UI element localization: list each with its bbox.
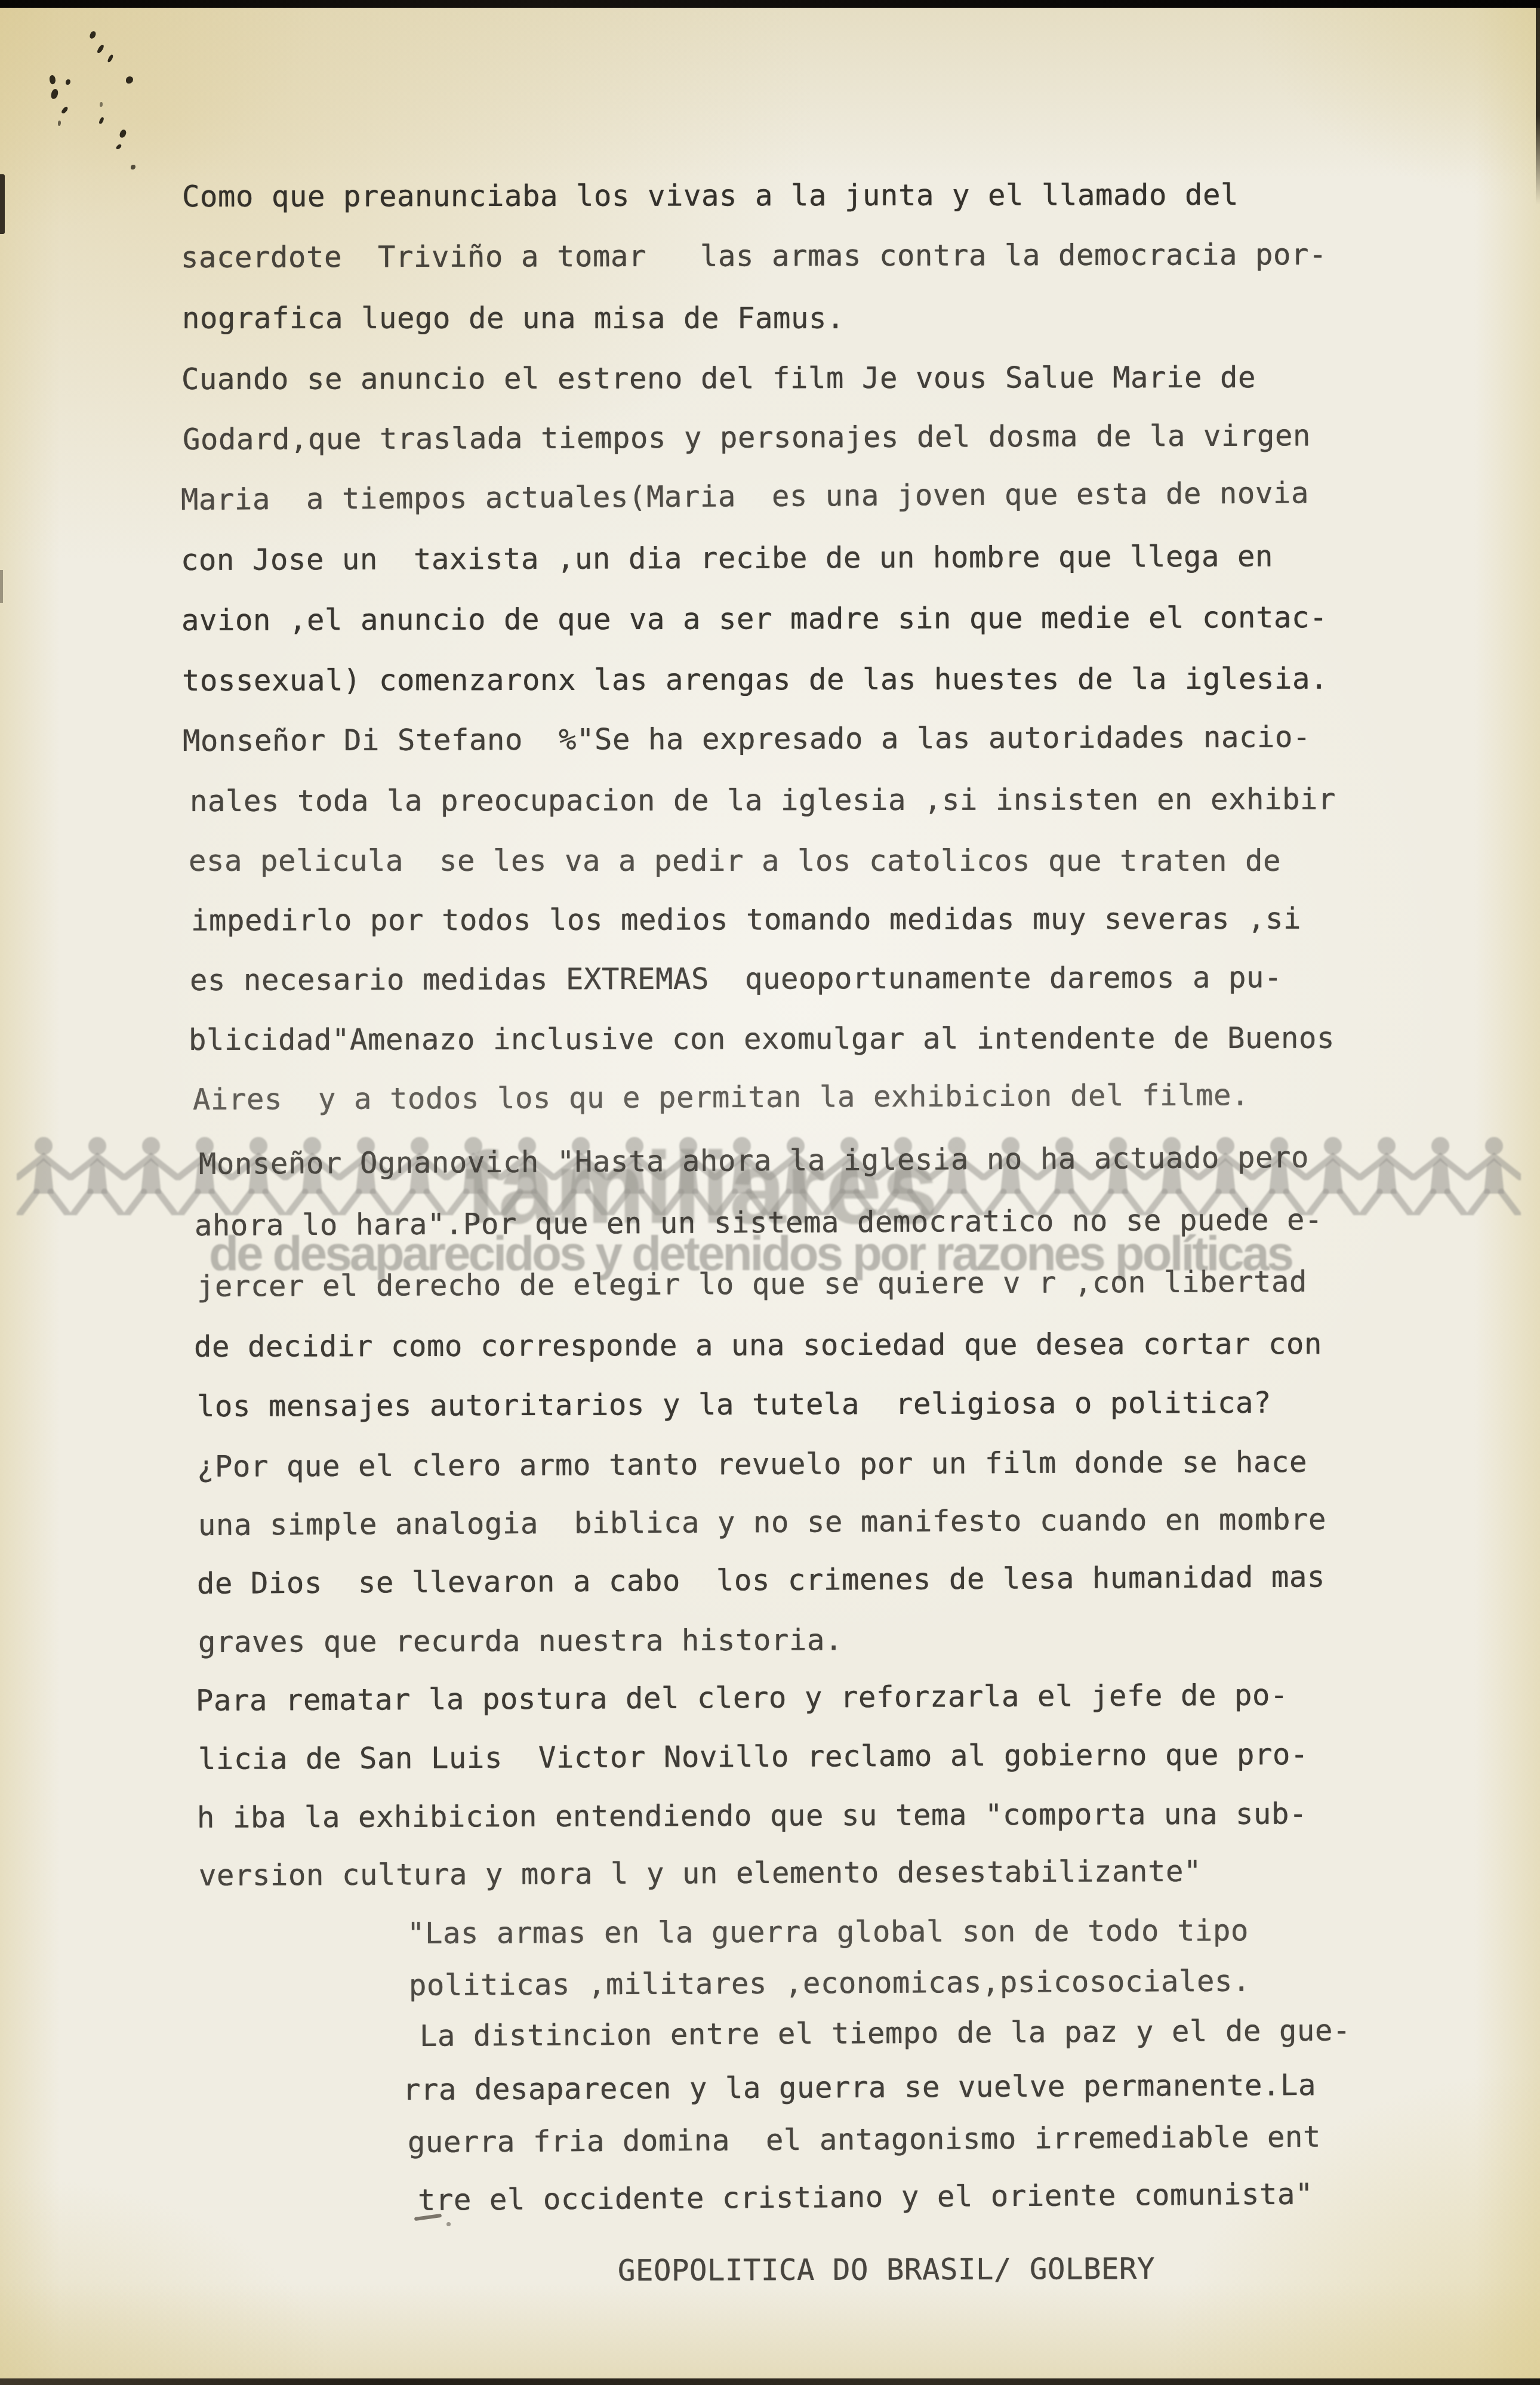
typed-line: con Jose un taxista ,un dia recibe de un… — [181, 542, 1273, 575]
scan-edge-right — [1536, 8, 1540, 205]
document-page: familiares de desaparecidos y detenidos … — [0, 0, 1540, 2385]
typed-line: nales toda la preocupacion de la iglesia… — [190, 785, 1336, 816]
typed-line: blicidad"Amenazo inclusive con exomulgar… — [189, 1024, 1335, 1055]
typed-line: jercer el derecho de elegir lo que se qu… — [197, 1267, 1307, 1301]
typed-line: Como que preanunciaba los vivas a la jun… — [182, 180, 1239, 211]
typed-line: rra desaparecen y la guerra se vuelve pe… — [403, 2070, 1316, 2104]
ink-speck — [51, 88, 59, 100]
typed-line: esa pelicula se les va a pedir a los cat… — [189, 846, 1281, 876]
ink-speck — [58, 121, 61, 126]
typed-line: graves que recurda nuestra historia. — [198, 1625, 843, 1657]
ink-speck — [131, 165, 135, 170]
typed-line: avion ,el anuncio de que va a ser madre … — [181, 603, 1328, 635]
typed-line: Maria a tiempos actuales(Maria es una jo… — [181, 478, 1309, 514]
typed-line: Cuando se anuncio el estreno del film Je… — [181, 363, 1256, 394]
typed-line: "Las armas en la guerra global son de to… — [407, 1916, 1249, 1948]
ink-speck — [126, 76, 133, 84]
ink-speck — [100, 102, 103, 107]
scan-edge-bottom — [0, 2378, 1540, 2385]
typed-line: Godard,que traslada tiempos y personajes… — [183, 421, 1311, 454]
typed-line: sacerdote Triviño a tomar las armas cont… — [181, 240, 1327, 272]
ink-speck — [115, 143, 122, 150]
ink-speck — [48, 75, 57, 85]
ink-speck — [107, 54, 113, 63]
typed-line: ¿Por que el clero armo tanto revuelo por… — [197, 1447, 1307, 1481]
ink-speck — [119, 129, 127, 138]
typed-line: Para rematar la postura del clero y refo… — [196, 1680, 1288, 1715]
typed-line: Monseñor Di Stefano %"Se ha expresado a … — [183, 722, 1311, 756]
typed-line: impedirlo por todos los medios tomando m… — [191, 904, 1301, 935]
pencil-mark-dot — [446, 2222, 451, 2226]
typed-line: version cultura y mora l y un elemento d… — [199, 1857, 1202, 1890]
typed-line: La distincion entre el tiempo de la paz … — [420, 2016, 1351, 2051]
typed-line: una simple analogia biblica y no se mani… — [198, 1505, 1326, 1540]
typed-line: de Dios se llevaron a cabo los crimenes … — [197, 1562, 1325, 1598]
typed-line: los mensajes autoritarios y la tutela re… — [197, 1388, 1271, 1421]
typed-line: GEOPOLITICA DO BRASIL/ GOLBERY — [618, 2254, 1155, 2285]
typed-line: h iba la exhibicion entendiendo que su t… — [197, 1799, 1307, 1832]
ink-speck — [98, 116, 104, 124]
scan-edge-left-mark — [0, 174, 5, 234]
scan-edge-left-mark-2 — [0, 570, 3, 603]
typed-line: nografica luego de una misa de Famus. — [182, 304, 845, 333]
typed-line: Aires y a todos los qu e permitan la exh… — [193, 1080, 1249, 1114]
typed-line: politicas ,militares ,economicas,psicoso… — [409, 1967, 1251, 2000]
typed-line: ahora lo hara".Por que en un sistema dem… — [195, 1205, 1323, 1240]
ink-speck — [89, 30, 97, 39]
scan-edge-top — [0, 0, 1540, 8]
typed-line: guerra fria domina el antagonismo irreme… — [408, 2122, 1321, 2157]
typed-line: licia de San Luis Victor Novillo reclamo… — [198, 1740, 1308, 1774]
typed-line: Monseñor Ognanovich "Hasta ahora la igle… — [199, 1143, 1309, 1179]
ink-speck — [96, 44, 104, 54]
typed-line: es necesario medidas EXTREMAS queoportun… — [190, 963, 1282, 995]
typed-line: tre el occidente cristiano y el oriente … — [418, 2180, 1313, 2215]
typed-line: de decidir como corresponde a una socied… — [194, 1329, 1322, 1361]
ink-speck — [66, 79, 70, 85]
ink-speck — [61, 106, 69, 115]
typed-line: tossexual) comenzaronx las arengas de la… — [182, 664, 1328, 695]
